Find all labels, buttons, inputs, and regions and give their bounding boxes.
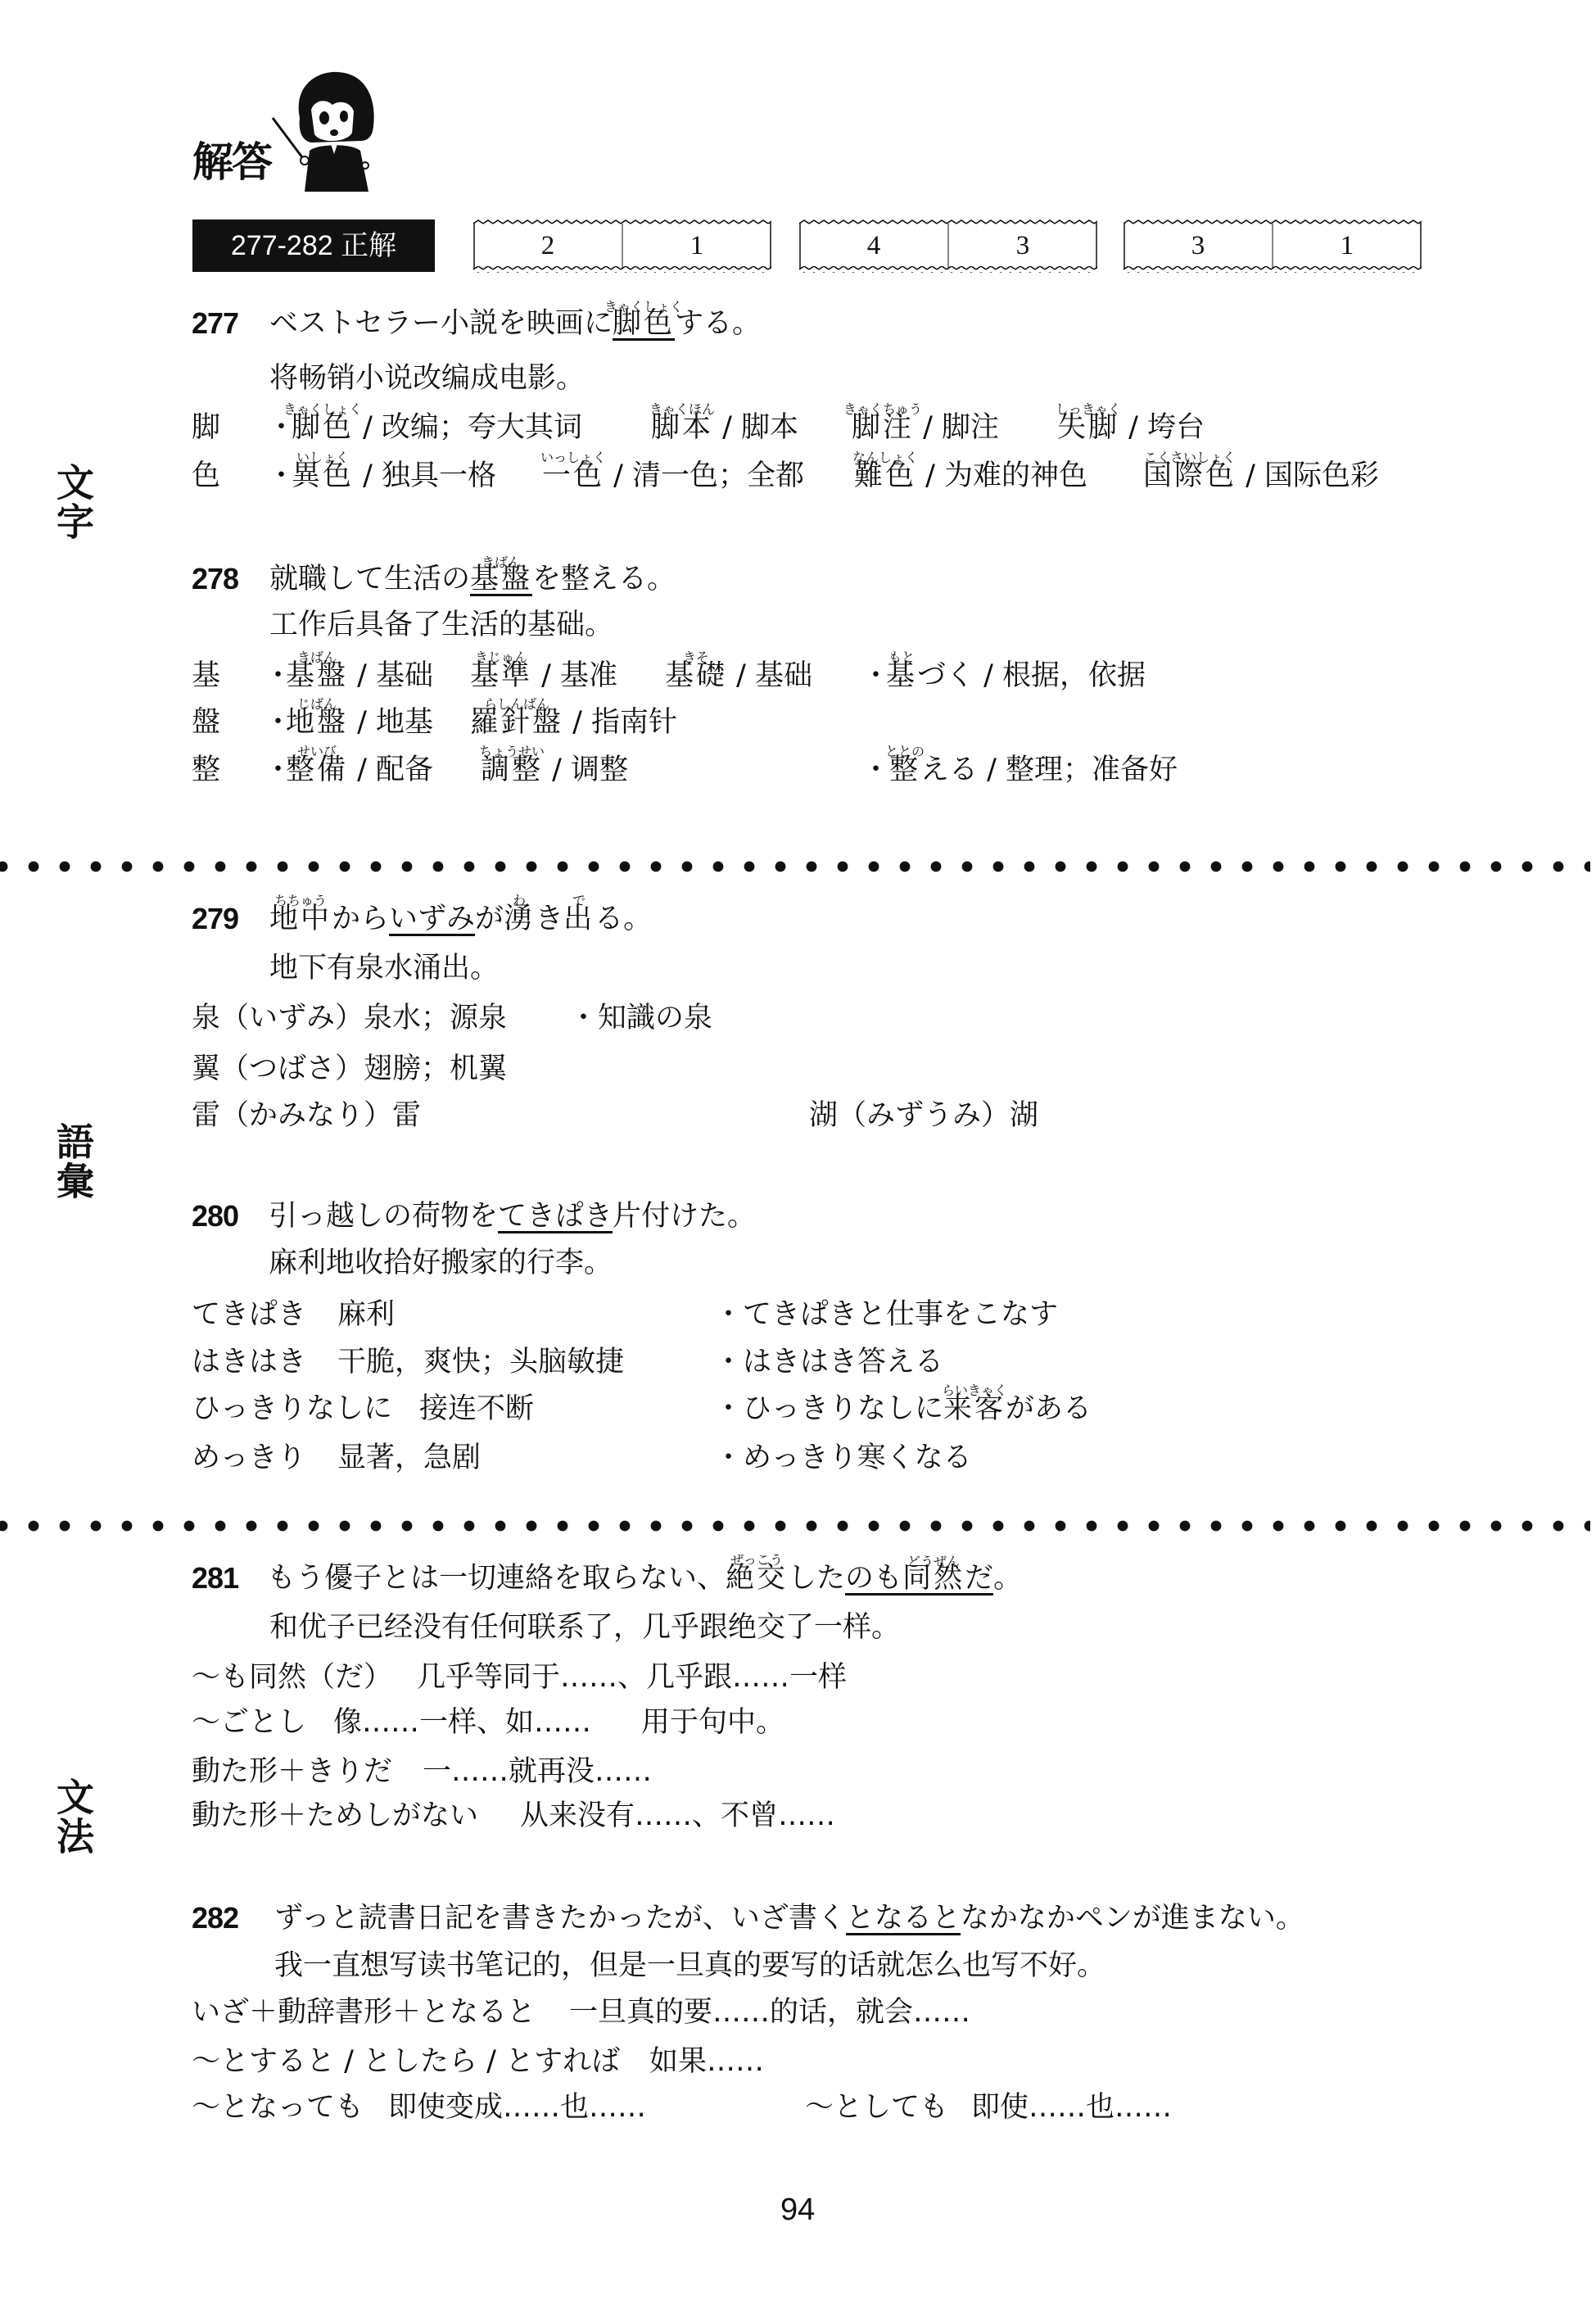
question-sentence: ベストセラー小説を映画に脚色きゃくしょくする。: [269, 307, 761, 341]
furigana: どうぜん: [907, 1555, 960, 1568]
question-sentence: 引っ越しの荷物をてきぱき片付けた。: [269, 1200, 756, 1233]
question-number: 281: [192, 1562, 238, 1595]
furigana: らしんばん: [484, 698, 549, 711]
answer-282: 1: [1273, 219, 1422, 273]
furigana: ちょうせい: [479, 745, 545, 758]
vocab-item: 国際色こくさいしょく / 国际色彩: [1143, 459, 1379, 492]
meaning: 干脆，爽快；头脑敏捷: [337, 1346, 624, 1378]
meaning: / 基础: [348, 659, 433, 692]
word-with-reading: 調整ちょうせい: [481, 754, 543, 786]
question-number: 279: [192, 903, 238, 935]
word-with-reading: 整ととの: [889, 754, 920, 786]
meaning: / 调整: [543, 754, 628, 786]
vocab-item: 基準きじゅん / 基准: [470, 659, 617, 692]
meaning: 一……就再没……: [423, 1755, 652, 1788]
answer-range-label: 277-282 正解: [192, 220, 435, 272]
underlined-target: 基盤きばん: [470, 564, 532, 596]
vocab-item: 脚注きゃくちゅう / 脚注: [852, 411, 999, 444]
word-with-reading: 基もと: [886, 659, 917, 692]
furigana: しっきゃく: [1056, 403, 1121, 416]
vocab-item: 一色いっしょく / 清一色；全都: [542, 459, 804, 492]
example-text: ・ひっきりなしに: [714, 1392, 943, 1425]
dotted-divider: [0, 861, 1590, 872]
vocab-item: 調整ちょうせい / 调整: [481, 754, 628, 786]
meaning: 即使……也……: [971, 2091, 1172, 2124]
underlined-target: のも同然どうぜんだ: [845, 1564, 993, 1596]
sentence-text: 引っ越しの荷物を: [269, 1200, 498, 1233]
vocab-item: 基もとづく / 根据，依据: [886, 659, 1146, 692]
furigana: ぜっこう: [730, 1554, 783, 1567]
grammar-row: 動た形＋きりだ 一……就再没……: [0, 1755, 1596, 1788]
section-label-goi: 語彙: [52, 1122, 93, 1201]
word-with-reading: 基礎きそ: [665, 659, 727, 692]
question-number: 277: [192, 307, 238, 340]
vocab-row: はきはき 干脆，爽快；头脑敏捷 ・はきはき答える: [0, 1346, 1596, 1378]
furigana: きゃくしょく: [604, 301, 683, 314]
question-281-line: 281 もう優子とは一切連絡を取らない、絶交ぜっこうしたのも同然どうぜんだ。: [0, 1562, 1596, 1595]
vocab-term: はきはき: [192, 1346, 306, 1378]
furigana: きばん: [482, 556, 521, 569]
sentence-text: る。: [595, 903, 652, 935]
vocab-entry: 湖（みずうみ）湖: [809, 1099, 1038, 1132]
meaning: / 基础: [727, 659, 812, 692]
vocab-item: 地盤じばん / 地基: [286, 706, 433, 739]
translation-text: 麻利地收拾好搬家的行李。: [269, 1247, 613, 1279]
kanji-row: 色 ・ 異色いしょく / 独具一格 一色いっしょく / 清一色；全都 難色なんし…: [0, 459, 1596, 492]
word-with-reading: 基盤きばん: [470, 564, 532, 594]
translation-text: 地下有泉水涌出。: [269, 952, 499, 984]
sentence-text: ベストセラー小説を映画に: [269, 307, 613, 340]
word-with-reading: 脚色きゃくしょく: [292, 411, 354, 444]
translation-text: 和优子已经没有任何联系了，几乎跟绝交了一样。: [269, 1611, 900, 1644]
furigana: なんしょく: [852, 451, 918, 464]
sentence-text: 片付けた。: [613, 1200, 756, 1233]
meaning: える / 整理；准备好: [920, 754, 1178, 786]
grammar-pattern: ～とすると / としたら / とすれば: [192, 2045, 620, 2078]
word-with-reading: 地盤じばん: [286, 706, 348, 739]
meaning: / 地基: [348, 706, 433, 739]
grammar-row: いざ＋動辞書形＋となると 一旦真的要……的话，就会……: [0, 1996, 1596, 2029]
furigana: じばん: [297, 698, 337, 711]
kanji-row: 基 ・ 基盤きばん / 基础 基準きじゅん / 基准 基礎きそ / 基础 ・ 基…: [0, 659, 1596, 692]
grammar-pattern: ～も同然（だ）: [192, 1661, 392, 1694]
sentence-text: なかなかペンが進まない。: [961, 1902, 1304, 1935]
kanji-label: 基: [192, 659, 220, 692]
furigana: ととの: [885, 745, 925, 758]
word-with-reading: 地中ちちゅう: [269, 903, 332, 935]
answer-box-group-3: 3 1: [1124, 219, 1422, 273]
furigana: せいび: [297, 745, 337, 758]
vocab-term: ひっきりなしに: [192, 1392, 392, 1425]
question-277-line: 277 ベストセラー小説を映画に脚色きゃくしょくする。: [0, 307, 1596, 340]
sentence-text: から: [332, 903, 389, 935]
translation-279: 地下有泉水涌出。: [0, 952, 1596, 984]
usage-note: 用于句中。: [641, 1706, 784, 1739]
meaning: づく / 根据，依据: [917, 659, 1146, 692]
meaning: / 垮台: [1119, 411, 1205, 444]
vocab-item: 整備せいび / 配备: [286, 754, 433, 786]
question-278-line: 278 就職して生活の基盤きばんを整える。: [0, 563, 1596, 595]
furigana: いしょく: [296, 451, 349, 464]
sentence-text: した: [788, 1562, 845, 1595]
word-with-reading: 国際色こくさいしょく: [1143, 459, 1237, 492]
answer-278: 1: [622, 219, 771, 273]
kanji-row: 整 ・ 整備せいび / 配备 調整ちょうせい / 调整 ・ 整ととのえる / 整…: [0, 754, 1596, 786]
vocab-example: ・知識の泉: [569, 1002, 712, 1034]
answer-280: 3: [948, 219, 1097, 273]
word-with-reading: 異色いしょく: [292, 459, 354, 492]
underlined-target: いずみ: [389, 904, 475, 936]
meaning: / 指南针: [563, 706, 677, 739]
sentence-text: き: [535, 903, 563, 935]
meaning: 麻利: [337, 1298, 395, 1331]
meaning: 像……一样、如……: [333, 1706, 591, 1739]
word-with-reading: 同然どうぜん: [902, 1564, 965, 1593]
question-282-line: 282 ずっと読書日記を書きたかったが、いざ書くとなるとなかなかペンが進まない。: [0, 1902, 1596, 1935]
translation-282: 我一直想写读书笔记的，但是一旦真的要写的话就怎么也写不好。: [0, 1949, 1596, 1982]
vocab-item: 羅針盤らしんばん / 指南针: [470, 706, 677, 739]
furigana: こくさいしょく: [1144, 451, 1236, 464]
kanji-label: 脚: [192, 411, 220, 444]
word-with-reading: 脚色きゃくしょく: [613, 309, 675, 338]
grammar-pattern: ～としても: [805, 2091, 948, 2124]
answer-281: 3: [1124, 219, 1273, 273]
meaning: / 清一色；全都: [604, 459, 804, 492]
word-with-reading: 脚本きゃくほん: [651, 411, 713, 444]
furigana: きばん: [297, 651, 337, 664]
question-sentence: 就職して生活の基盤きばんを整える。: [269, 563, 676, 596]
meaning: 即使变成……也……: [388, 2091, 646, 2124]
meaning: 显著，急剧: [337, 1442, 481, 1474]
furigana: きゃくしょく: [283, 403, 362, 416]
translation-text: 我一直想写读书笔记的，但是一旦真的要写的话就怎么也写不好。: [274, 1949, 1105, 1982]
meaning: 接连不断: [419, 1392, 534, 1425]
vocab-example: ・てきぱきと仕事をこなす: [714, 1298, 1058, 1331]
vocab-row: ひっきりなしに 接连不断 ・ひっきりなしに来客らいきゃくがある: [0, 1392, 1596, 1425]
furigana: いっしょく: [540, 451, 606, 464]
meaning: / 改编；夸大其词: [354, 411, 582, 444]
kanji-label: 盤: [192, 706, 220, 739]
translation-277: 将畅销小说改编成电影。: [0, 362, 1596, 395]
vocab-entry: 雷（かみなり）雷: [192, 1099, 421, 1132]
answer-box-group-2: 4 3: [799, 219, 1097, 273]
meaning: 从来没有……、不曾……: [520, 1799, 835, 1832]
grammar-row: 動た形＋ためしがない 从来没有……、不曾……: [0, 1799, 1596, 1832]
example-text: がある: [1006, 1392, 1092, 1425]
sentence-text: だ: [965, 1562, 993, 1595]
translation-278: 工作后具备了生活的基础。: [0, 609, 1596, 641]
meaning: / 为难的神色: [916, 459, 1087, 492]
sentence-text: 就職して生活の: [269, 563, 470, 595]
grammar-pattern: 動た形＋ためしがない: [192, 1799, 478, 1832]
vocab-row: 雷（かみなり）雷 湖（みずうみ）湖: [0, 1099, 1596, 1132]
question-number: 280: [192, 1200, 238, 1233]
vocab-term: めっきり: [192, 1442, 306, 1474]
grammar-row: ～も同然（だ） 几乎等同于……、几乎跟……一样: [0, 1661, 1596, 1694]
vocab-term: てきぱき: [192, 1298, 306, 1331]
meaning: / 基准: [532, 659, 617, 692]
answer-279: 4: [799, 219, 948, 273]
translation-281: 和优子已经没有任何联系了，几乎跟绝交了一样。: [0, 1611, 1596, 1644]
word-with-reading: 出で: [563, 903, 595, 935]
word-with-reading: 脚注きゃくちゅう: [852, 411, 914, 444]
vocab-example: ・めっきり寒くなる: [714, 1442, 972, 1474]
question-sentence: ずっと読書日記を書きたかったが、いざ書くとなるとなかなかペンが進まない。: [274, 1902, 1304, 1935]
furigana: ちちゅう: [274, 894, 327, 908]
sentence-text: が: [475, 903, 504, 935]
question-sentence: 地中ちちゅうからいずみが湧わき出でる。: [269, 903, 652, 936]
vocab-entry: 泉（いずみ）泉水；源泉: [192, 1002, 507, 1034]
meaning: / 脚注: [914, 411, 999, 444]
teacher-mascot-icon: [269, 69, 379, 192]
sentence-text: ずっと読書日記を書きたかったが、いざ書く: [274, 1902, 846, 1935]
meaning: / 独具一格: [354, 459, 496, 492]
page-number: 94: [780, 2192, 815, 2228]
word-with-reading: 絶交ぜっこう: [726, 1562, 788, 1595]
vocab-row: 泉（いずみ）泉水；源泉 ・知識の泉: [0, 1002, 1596, 1034]
word-with-reading: 整備せいび: [286, 754, 348, 786]
vocab-item: 失脚しっきゃく / 垮台: [1057, 411, 1205, 444]
vocab-row: てきぱき 麻利 ・てきぱきと仕事をこなす: [0, 1298, 1596, 1331]
furigana: らいきゃく: [942, 1384, 1007, 1397]
furigana: もと: [888, 651, 915, 664]
meaning: 如果……: [649, 2045, 764, 2078]
meaning: / 脚本: [713, 411, 798, 444]
word-with-reading: 羅針盤らしんばん: [470, 706, 563, 739]
vocab-item: 難色なんしょく / 为难的神色: [854, 459, 1087, 492]
translation-text: 将畅销小说改编成电影。: [269, 362, 585, 395]
question-number: 282: [192, 1902, 238, 1935]
word-with-reading: 失脚しっきゃく: [1057, 411, 1119, 444]
grammar-pattern: 動た形＋きりだ: [192, 1755, 392, 1788]
furigana: で: [572, 894, 586, 908]
vocab-item: 基盤きばん / 基础: [286, 659, 433, 692]
grammar-row: ～となっても 即使变成……也…… ～としても 即使……也……: [0, 2091, 1596, 2124]
meaning: 几乎等同于……、几乎跟……一样: [417, 1661, 847, 1694]
word-with-reading: 一色いっしょく: [542, 459, 604, 492]
translation-280: 麻利地收拾好搬家的行李。: [0, 1247, 1596, 1279]
sentence-text: 。: [993, 1562, 1022, 1595]
meaning: / 配备: [348, 754, 433, 786]
kanji-label: 整: [192, 754, 220, 786]
vocab-item: 整ととのえる / 整理；准备好: [889, 754, 1178, 786]
grammar-pattern: ～ごとし: [192, 1706, 306, 1739]
vocab-example: ・ひっきりなしに来客らいきゃくがある: [714, 1392, 1092, 1425]
furigana: わ: [513, 894, 526, 908]
sentence-text: する。: [675, 307, 761, 340]
question-sentence: もう優子とは一切連絡を取らない、絶交ぜっこうしたのも同然どうぜんだ。: [267, 1562, 1022, 1596]
kanji-label: 色: [192, 459, 220, 492]
word-with-reading: 基盤きばん: [286, 659, 348, 692]
vocab-item: 基礎きそ / 基础: [665, 659, 812, 692]
furigana: きゃくちゅう: [843, 403, 922, 416]
page-title: 解答: [192, 139, 271, 185]
vocab-item: 異色いしょく / 独具一格: [292, 459, 496, 492]
kanji-row: 盤 ・ 地盤じばん / 地基 羅針盤らしんばん / 指南针: [0, 706, 1596, 739]
vocab-row: 翼（つばさ）翅膀；机翼: [0, 1052, 1596, 1085]
vocab-row: めっきり 显著，急剧 ・めっきり寒くなる: [0, 1442, 1596, 1474]
dotted-divider: [0, 1520, 1590, 1532]
underlined-target: となると: [846, 1903, 961, 1935]
answer-277: 2: [473, 219, 622, 273]
grammar-pattern: いざ＋動辞書形＋となると: [192, 1996, 536, 2029]
sentence-text: もう優子とは一切連絡を取らない、: [267, 1562, 726, 1595]
word-with-reading: 来客らいきゃく: [943, 1392, 1006, 1425]
vocab-entry: 翼（つばさ）翅膀；机翼: [192, 1052, 507, 1085]
meaning: 一旦真的要……的话，就会……: [569, 1996, 970, 2029]
furigana: きそ: [683, 651, 709, 664]
underlined-target: てきぱき: [498, 1202, 613, 1233]
grammar-row: ～とすると / としたら / とすれば 如果……: [0, 2045, 1596, 2078]
sentence-text: のも: [845, 1562, 902, 1595]
furigana: きじゅん: [475, 651, 527, 664]
question-number: 278: [192, 563, 238, 595]
answer-box-group-1: 2 1: [473, 219, 771, 273]
underlined-target: 脚色きゃくしょく: [613, 309, 675, 341]
word-with-reading: 湧わ: [504, 903, 535, 935]
translation-text: 工作后具备了生活的基础。: [269, 609, 613, 641]
question-280-line: 280 引っ越しの荷物をてきぱき片付けた。: [0, 1200, 1596, 1233]
word-with-reading: 難色なんしょく: [854, 459, 916, 492]
meaning: / 国际色彩: [1237, 459, 1379, 492]
word-with-reading: 基準きじゅん: [470, 659, 532, 692]
grammar-pattern: ～となっても: [192, 2091, 364, 2124]
vocab-item: 脚本きゃくほん / 脚本: [651, 411, 798, 444]
vocab-example: ・はきはき答える: [714, 1346, 943, 1378]
sentence-text: を整える。: [532, 563, 676, 595]
grammar-row: ～ごとし 像……一样、如…… 用于句中。: [0, 1706, 1596, 1739]
question-279-line: 279 地中ちちゅうからいずみが湧わき出でる。: [0, 903, 1596, 935]
furigana: きゃくほん: [649, 403, 715, 416]
kanji-row: 脚 ・ 脚色きゃくしょく / 改编；夸大其词 脚本きゃくほん / 脚本 脚注きゃ…: [0, 411, 1596, 444]
vocab-item: 脚色きゃくしょく / 改编；夸大其词: [292, 411, 582, 444]
